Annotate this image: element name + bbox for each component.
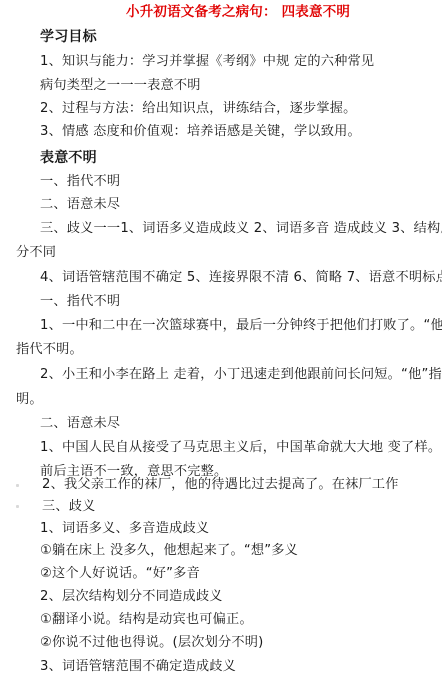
objective-line: 病句类型之一一一表意不明 — [40, 78, 201, 94]
part3-line: 3、词语管辖范围不确定造成歧义 — [40, 659, 236, 675]
outline-item: 分不同 — [16, 245, 56, 261]
outline-item: 二、语意未尽 — [40, 197, 120, 213]
part2-line: 1、中国人民自从接受了马克思主义后，中国革命就大大地 变了样。 — [40, 440, 441, 456]
document-title: 小升初语文备考之病句： 四表意不明 — [126, 4, 350, 20]
part2-heading: 二、语意未尽 — [40, 416, 120, 432]
part1-heading: 一、指代不明 — [40, 294, 120, 310]
objective-line: 3、情感 态度和价值观：培养语感是关键，学以致用。 — [40, 124, 361, 140]
margin-marker-icon — [16, 484, 19, 487]
part2-line: 2、我父亲工作的袜厂，他的待遇比过去提高了。在袜厂工作 — [42, 477, 399, 493]
outline-item: 4、词语管辖范围不确定 5、连接界限不清 6、简略 7、语意不明标点不当 — [40, 270, 442, 286]
outline-item: 三、歧义一一1、词语多义造成歧义 2、词语多音 造成歧义 3、结构层次划 — [40, 221, 442, 237]
part1-line: 指代不明。 — [16, 342, 83, 358]
objective-line: 1、知识与能力：学习并掌握《考纲》中规 定的六种常见 — [40, 54, 374, 70]
part3-line: 2、层次结构划分不同造成歧义 — [40, 589, 223, 605]
outline-item: 一、指代不明 — [40, 174, 120, 190]
margin-marker-icon — [16, 505, 19, 508]
part3-heading: 三、歧义 — [42, 499, 96, 515]
part3-line: 1、词语多义、多音造成歧义 — [40, 521, 209, 537]
part1-line: 1、一中和二中在一次篮球赛中，最后一分钟终于把他们打败了。“他们” — [40, 318, 442, 334]
part3-line: ②这个人好说话。“好”多音 — [40, 566, 200, 582]
part1-line: 明。 — [16, 392, 43, 408]
objectives-heading: 学习目标 — [40, 29, 97, 45]
part3-line: ①躺在床上 没多久，他想起来了。“想”多义 — [40, 543, 298, 559]
part3-line: ①翻译小说。结构是动宾也可偏正。 — [40, 612, 253, 628]
objective-line: 2、过程与方法：给出知识点，讲练结合，逐步掌握。 — [40, 101, 357, 117]
part3-line: ②你说不过他也得说。(层次划分不明) — [40, 635, 264, 651]
topic-heading: 表意不明 — [40, 150, 97, 166]
part1-line: 2、小王和小李在路上 走着，小丁迅速走到他跟前问长问短。“他”指代不 — [40, 367, 442, 383]
